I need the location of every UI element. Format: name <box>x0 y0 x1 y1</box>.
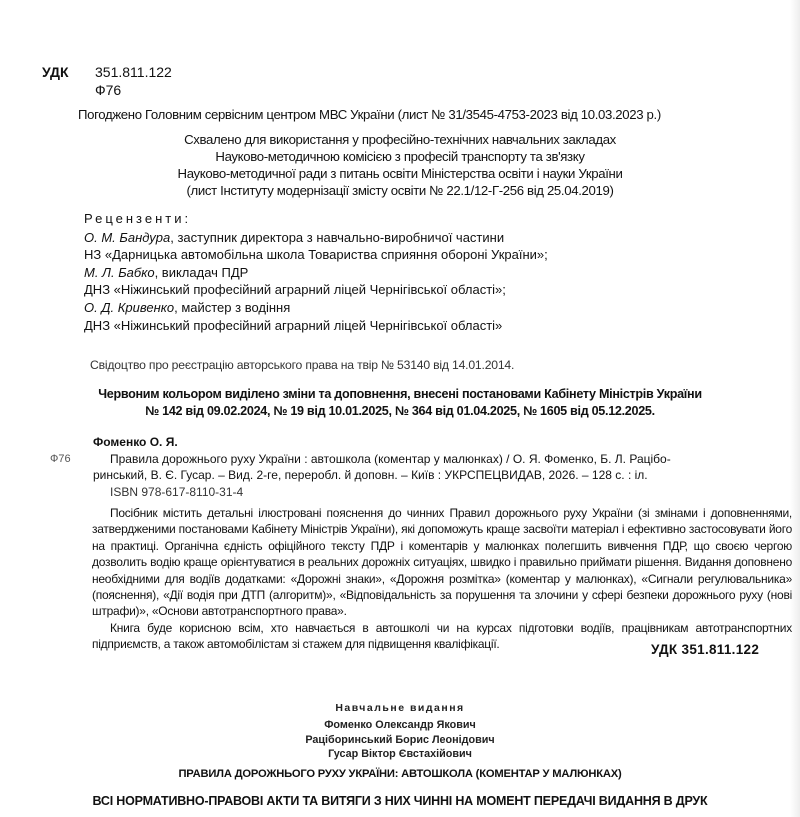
abstract-paragraph: Посібник містить детальні ілюстровані по… <box>92 505 792 620</box>
recommendation-line: Науково-методичною комісією з професій т… <box>0 148 800 165</box>
author-mark: Ф76 <box>95 82 121 98</box>
reviewer-role: , заступник директора з навчально-виробн… <box>170 230 504 245</box>
approval-statement: Погоджено Головним сервісним центром МВС… <box>78 107 661 122</box>
reviewer-org: ДНЗ «Ніжинський професійний аграрний ліц… <box>84 317 548 335</box>
udk-label: УДК <box>42 64 69 80</box>
edition-type: Навчальне видання <box>0 702 800 714</box>
recommendation-line: (лист Інституту модернізації змісту осві… <box>0 182 800 199</box>
changes-note: Червоним кольором виділено зміни та допо… <box>0 386 800 420</box>
bib-line: Правила дорожнього руху України : автошк… <box>110 451 790 468</box>
reviewer-org: НЗ «Дарницька автомобільна школа Товарис… <box>84 246 548 264</box>
reviewer-entry: О. Д. Кривенко, майстер з водіння <box>84 299 548 317</box>
changes-note-line: № 142 від 09.02.2024, № 19 від 10.01.202… <box>0 403 800 420</box>
copyright-certificate: Свідоцтво про реєстрацію авторського пра… <box>90 358 514 372</box>
bib-code: Ф76 <box>50 451 71 468</box>
reviewers-title: Рецензенти: <box>84 210 548 228</box>
reviewer-name: О. Д. Кривенко <box>84 300 174 315</box>
bib-author: Фоменко О. Я. <box>93 434 790 451</box>
reviewer-entry: М. Л. Бабко, викладач ПДР <box>84 264 548 282</box>
imprint-author: Гусар Віктор Євстахійович <box>0 747 800 762</box>
bibliographic-record: Фоменко О. Я. Ф76 Правила дорожнього рух… <box>50 434 790 500</box>
isbn: ISBN 978-617-8110-31-4 <box>110 484 790 501</box>
recommendation-block: Схвалено для використання у професійно-т… <box>0 131 800 199</box>
reviewer-name: О. М. Бандура <box>84 230 170 245</box>
udk-bottom: УДК 351.811.122 <box>651 642 759 657</box>
recommendation-line: Схвалено для використання у професійно-т… <box>0 131 800 148</box>
reviewer-name: М. Л. Бабко <box>84 265 155 280</box>
reviewer-role: , викладач ПДР <box>155 265 249 280</box>
reviewers-section: Рецензенти: О. М. Бандура, заступник дир… <box>84 210 548 334</box>
recommendation-line: Науково-методичної ради з питань освіти … <box>0 165 800 182</box>
book-title-caps: ПРАВИЛА ДОРОЖНЬОГО РУХУ УКРАЇНИ: АВТОШКО… <box>0 768 800 780</box>
imprint-author: Фоменко Олександр Якович <box>0 718 800 733</box>
imprint-authors: Фоменко Олександр Якович Раціборинський … <box>0 718 800 762</box>
reviewer-role: , майстер з водіння <box>174 300 290 315</box>
legal-note: ВСІ НОРМАТИВНО-ПРАВОВІ АКТИ ТА ВИТЯГИ З … <box>0 794 800 808</box>
changes-note-line: Червоним кольором виділено зміни та допо… <box>0 386 800 403</box>
reviewer-org: ДНЗ «Ніжинський професійний аграрний ліц… <box>84 281 548 299</box>
page-edge-shadow <box>790 0 800 817</box>
udk-code: 351.811.122 <box>95 64 172 80</box>
imprint-author: Раціборинський Борис Леонідович <box>0 733 800 748</box>
reviewer-entry: О. М. Бандура, заступник директора з нав… <box>84 229 548 247</box>
abstract: Посібник містить детальні ілюстровані по… <box>92 505 792 653</box>
bib-line: ринський, В. Є. Гусар. – Вид. 2-ге, пере… <box>93 467 790 484</box>
